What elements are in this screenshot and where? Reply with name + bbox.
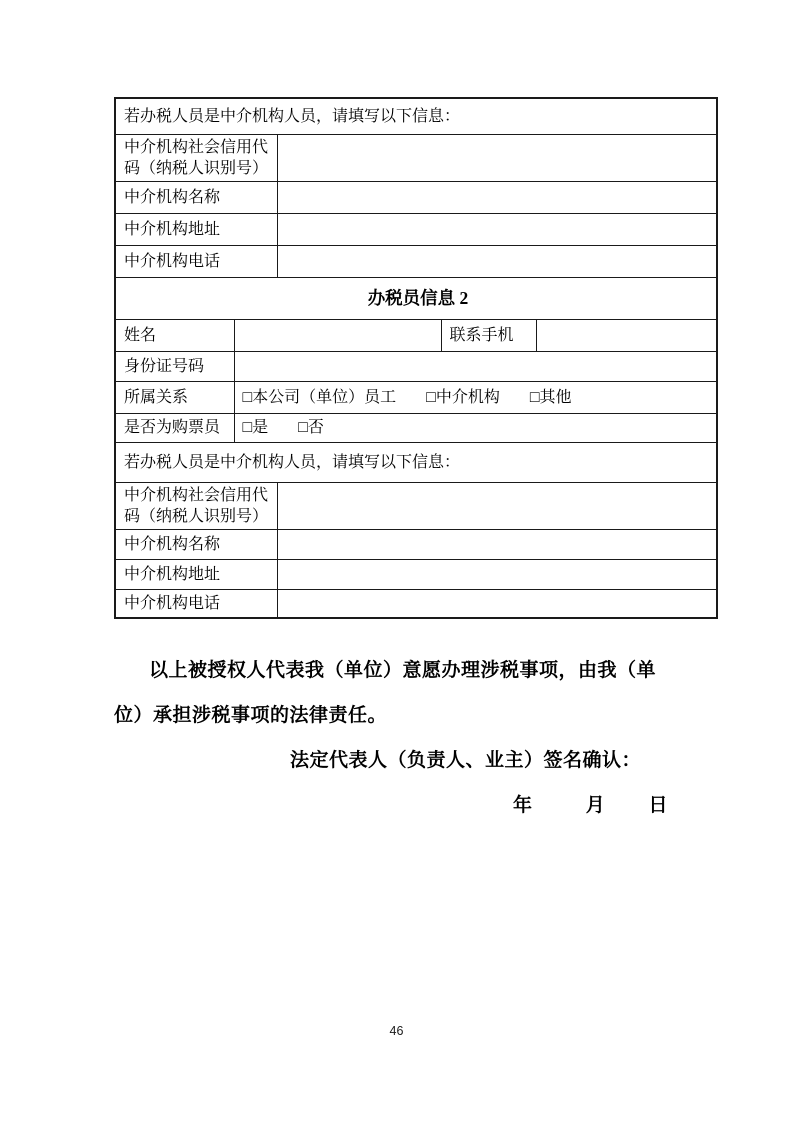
agency-address-label-2: 中介机构地址 [115,559,277,589]
tax-clerk-form-table: 若办税人员是中介机构人员，请填写以下信息： 中介机构社会信用代 码（纳税人识别号… [114,97,718,619]
agency-credit-code-field-2[interactable] [277,482,717,529]
agency-intro-text: 若办税人员是中介机构人员，请填写以下信息： [115,98,717,134]
table-row: 中介机构名称 [115,529,717,559]
agency-name-label-2: 中介机构名称 [115,529,277,559]
checkbox-other[interactable]: □其他 [530,387,572,408]
agency-address-field[interactable] [277,213,717,245]
name-field[interactable] [234,319,441,351]
agency-address-label: 中介机构地址 [115,213,277,245]
relation-options-cell: □本公司（单位）员工 □中介机构 □其他 [234,381,717,413]
checkbox-intermediary-agency[interactable]: □中介机构 [426,387,500,408]
document-page: 若办税人员是中介机构人员，请填写以下信息： 中介机构社会信用代 码（纳税人识别号… [0,0,793,1122]
table-row: 中介机构电话 [115,245,717,277]
agency-name-field[interactable] [277,181,717,213]
relation-label: 所属关系 [115,381,234,413]
section-title: 办税员信息 2 [115,277,717,319]
signature-confirmation-label: 法定代表人（负责人、业主）签名确认： [114,738,720,783]
table-row: 中介机构电话 [115,589,717,618]
table-row: 中介机构社会信用代 码（纳税人识别号） [115,134,717,181]
table-row: 中介机构地址 [115,559,717,589]
legal-statement: 以上被授权人代表我（单位）意愿办理涉税事项，由我（单 位）承担涉税事项的法律责任… [114,648,720,828]
date-year-label: 年 [513,795,533,816]
agency-credit-code-field[interactable] [277,134,717,181]
id-number-label: 身份证号码 [115,351,234,381]
agency-intro-text-2: 若办税人员是中介机构人员，请填写以下信息： [115,442,717,482]
checkbox-yes[interactable]: □是 [243,417,269,438]
table-row: 所属关系 □本公司（单位）员工 □中介机构 □其他 [115,381,717,413]
statement-line-2: 位）承担涉税事项的法律责任。 [114,693,720,738]
table-row: 中介机构地址 [115,213,717,245]
table-row: 中介机构社会信用代 码（纳税人识别号） [115,482,717,529]
agency-address-field-2[interactable] [277,559,717,589]
agency-phone-field-2[interactable] [277,589,717,618]
agency-credit-code-label-2: 中介机构社会信用代 码（纳税人识别号） [115,482,277,529]
statement-line-1: 以上被授权人代表我（单位）意愿办理涉税事项，由我（单 [114,648,720,693]
date-day-label: 日 [649,795,669,816]
date-line: 年 月 日 [114,783,720,828]
table-row: 是否为购票员 □是 □否 [115,413,717,442]
date-month-label: 月 [586,795,606,816]
agency-phone-label-2: 中介机构电话 [115,589,277,618]
table-row: 办税员信息 2 [115,277,717,319]
ticket-options-cell: □是 □否 [234,413,717,442]
checkbox-no[interactable]: □否 [298,417,324,438]
id-number-field[interactable] [234,351,717,381]
agency-credit-code-label: 中介机构社会信用代 码（纳税人识别号） [115,134,277,181]
agency-phone-label: 中介机构电话 [115,245,277,277]
agency-name-label: 中介机构名称 [115,181,277,213]
mobile-field[interactable] [536,319,717,351]
checkbox-company-employee[interactable]: □本公司（单位）员工 [243,387,397,408]
table-row: 若办税人员是中介机构人员，请填写以下信息： [115,442,717,482]
ticket-purchaser-label: 是否为购票员 [115,413,234,442]
table-row: 若办税人员是中介机构人员，请填写以下信息： [115,98,717,134]
table-row: 姓名 联系手机 [115,319,717,351]
agency-phone-field[interactable] [277,245,717,277]
table-row: 中介机构名称 [115,181,717,213]
table-row: 身份证号码 [115,351,717,381]
page-number: 46 [0,1024,793,1038]
agency-name-field-2[interactable] [277,529,717,559]
mobile-label: 联系手机 [441,319,536,351]
name-label: 姓名 [115,319,234,351]
